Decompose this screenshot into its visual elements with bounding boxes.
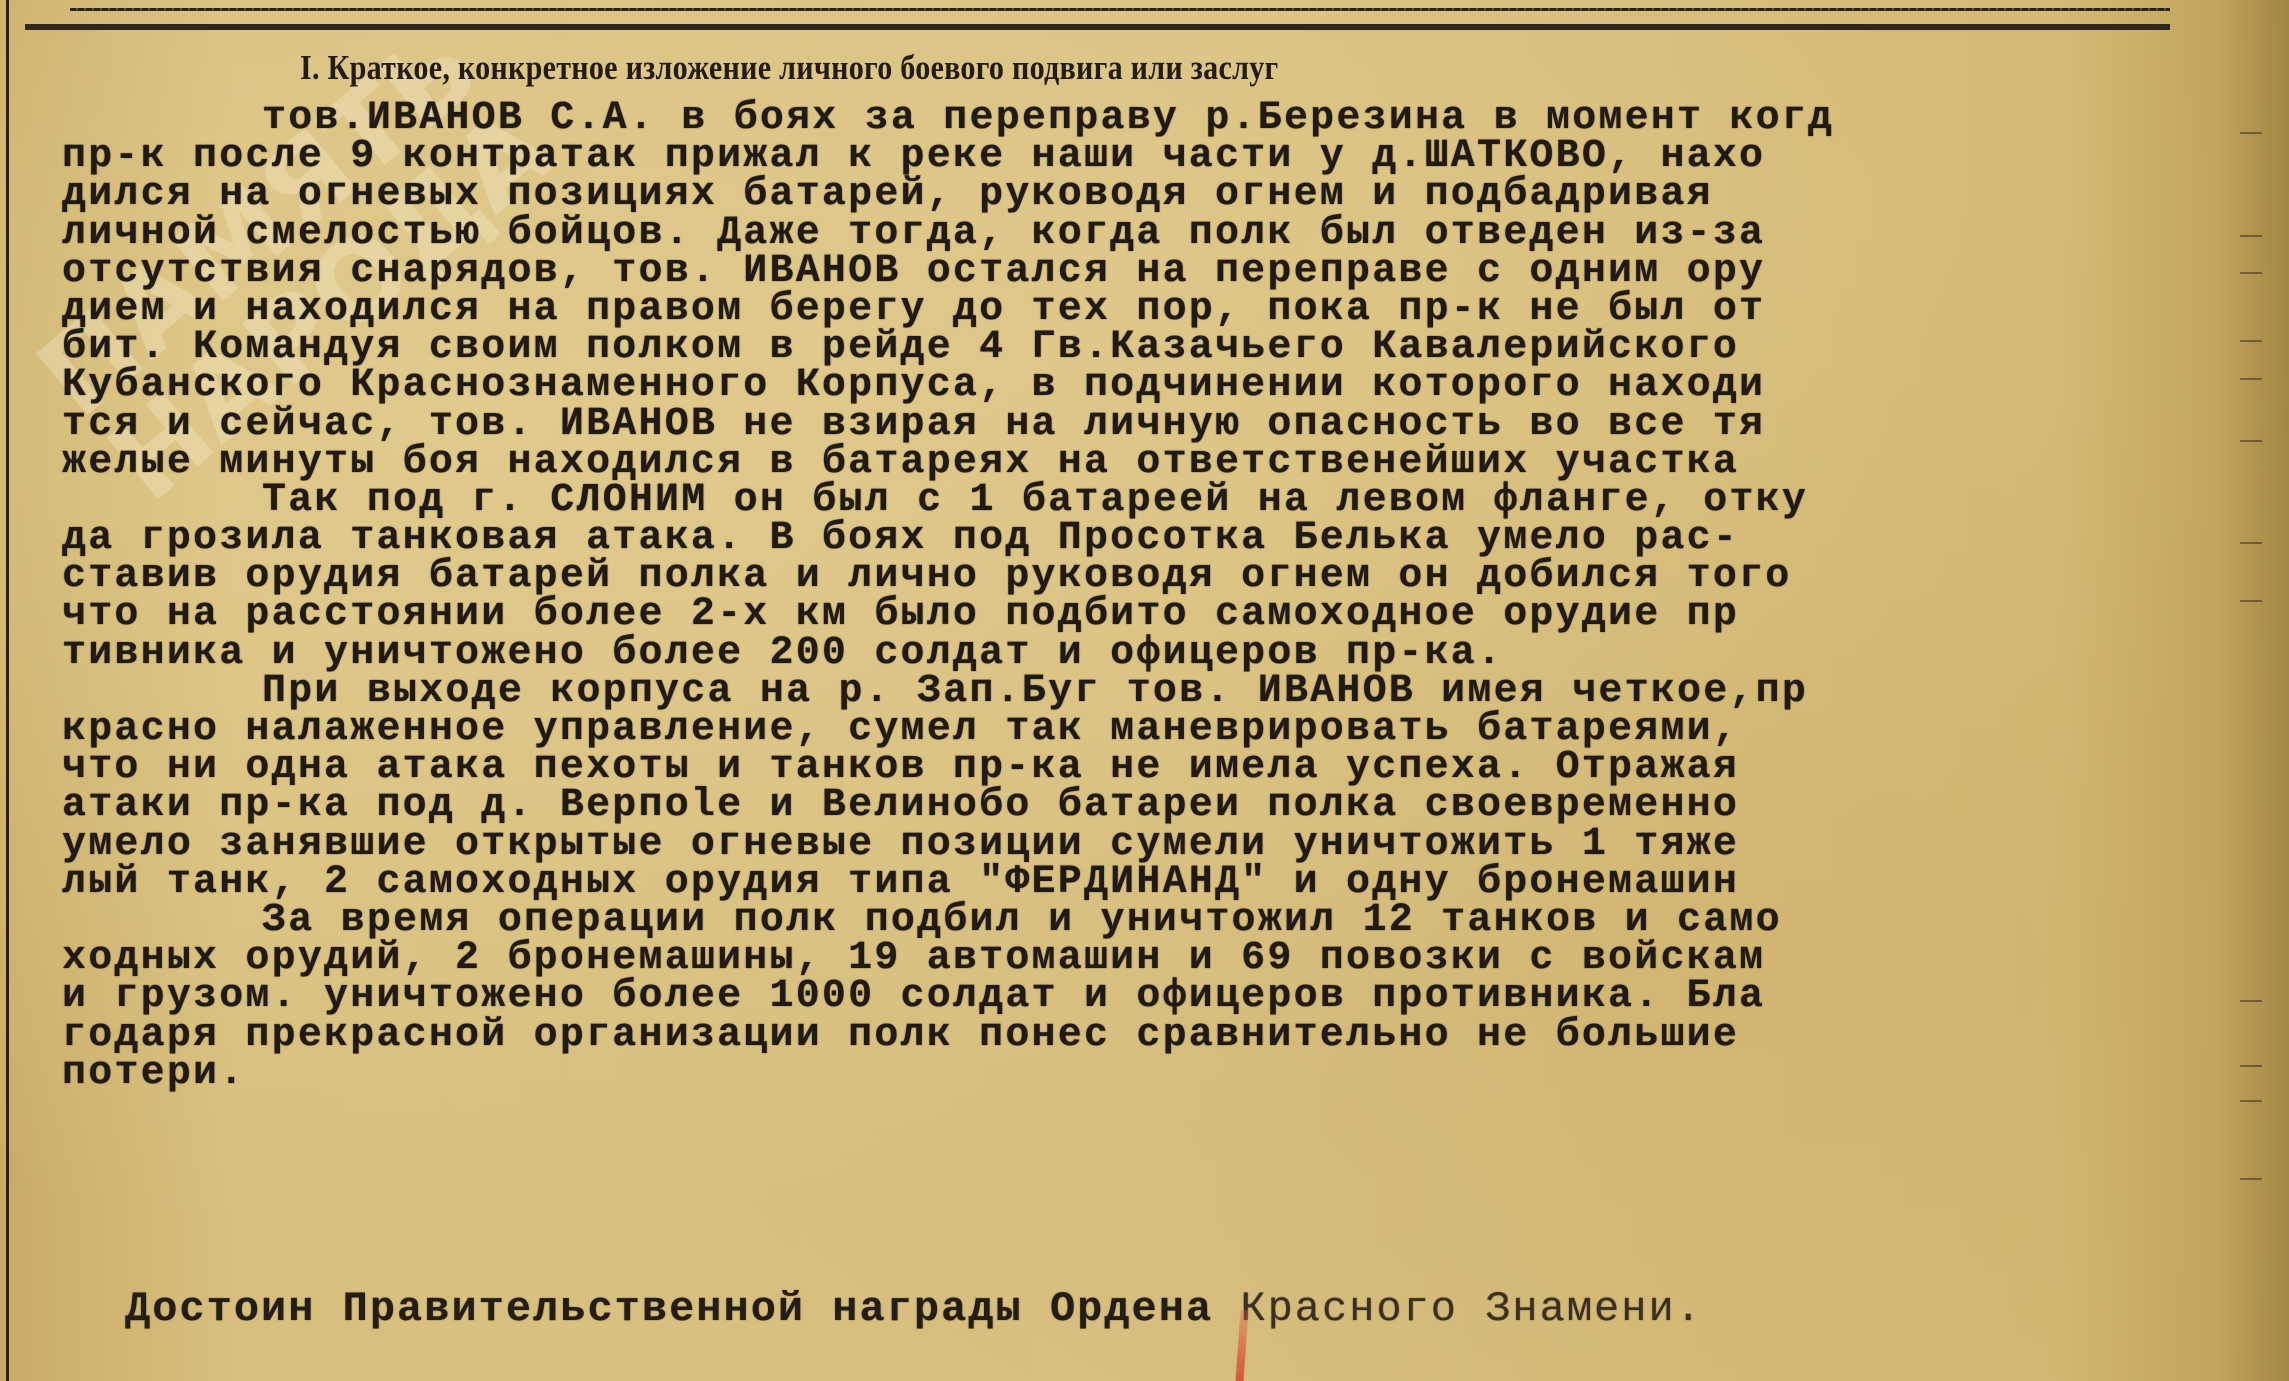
typed-line: годаря прекрасной организации полк понес… bbox=[62, 1017, 2242, 1055]
award-narrative: тов.ИВАНОВ С.А. в боях за переправу р.Бе… bbox=[62, 100, 2242, 1093]
typed-line: и грузом. уничтожено более 1000 солдат и… bbox=[62, 978, 2242, 1016]
typed-line: атаки пр-ка под д. Верпole и Велинобо ба… bbox=[62, 787, 2242, 825]
typed-line: отсутствия снарядов, тов. ИВАНОВ остался… bbox=[62, 253, 2242, 291]
typed-line: При выходе корпуса на р. Зап.Буг тов. ИВ… bbox=[62, 673, 2242, 711]
typed-line: бит. Командуя своим полком в рейде 4 Гв.… bbox=[62, 329, 2242, 367]
typed-line: дием и находился на правом берегу до тех… bbox=[62, 291, 2242, 329]
typed-line: что на расстоянии более 2-х км было подб… bbox=[62, 596, 2242, 634]
typed-line: красно налаженное управление, сумел так … bbox=[62, 711, 2242, 749]
top-solid-rule bbox=[25, 24, 2170, 30]
typed-line: тивника и уничтожено более 200 солдат и … bbox=[62, 635, 2242, 673]
typed-line: ставив орудия батарей полка и лично руко… bbox=[62, 558, 2242, 596]
typed-line: Так под г. СЛОНИМ он был с 1 батареей на… bbox=[62, 482, 2242, 520]
typed-line: лый танк, 2 самоходных орудия типа "ФЕРД… bbox=[62, 864, 2242, 902]
typed-line: тся и сейчас, тов. ИВАНОВ не взирая на л… bbox=[62, 406, 2242, 444]
typed-line: что ни одна атака пехоты и танков пр-ка … bbox=[62, 749, 2242, 787]
typed-line: да грозила танковая атака. В боях под Пр… bbox=[62, 520, 2242, 558]
conclusion-order-name: Красного Знамени. bbox=[1213, 1285, 1703, 1333]
typed-line: желые минуты боя находился в батареях на… bbox=[62, 444, 2242, 482]
typed-line: тов.ИВАНОВ С.А. в боях за переправу р.Бе… bbox=[62, 100, 2242, 138]
typed-line: ходных орудий, 2 бронемашины, 19 автомаш… bbox=[62, 940, 2242, 978]
page-left-border bbox=[6, 0, 9, 1381]
section-heading: I. Краткое, конкретное изложение личного… bbox=[300, 48, 1278, 88]
typed-line: дился на огневых позициях батарей, руков… bbox=[62, 176, 2242, 214]
typed-line: Кубанского Краснознаменного Корпуса, в п… bbox=[62, 367, 2242, 405]
typed-line: пр-к после 9 контратак прижал к реке наш… bbox=[62, 138, 2242, 176]
conclusion-bold-text: Достоин Правительственной награды Ордена bbox=[125, 1285, 1213, 1333]
margin-tick-marks bbox=[2240, 0, 2260, 1381]
typed-line: За время операции полк подбил и уничтожи… bbox=[62, 902, 2242, 940]
award-conclusion: Достоин Правительственной награды Ордена… bbox=[125, 1285, 1703, 1333]
typed-line: умело занявшие открытые огневые позиции … bbox=[62, 826, 2242, 864]
typed-line: потери. bbox=[62, 1055, 2242, 1093]
top-dotted-rule bbox=[70, 8, 2170, 11]
typed-line: личной смелостью бойцов. Даже тогда, ког… bbox=[62, 215, 2242, 253]
